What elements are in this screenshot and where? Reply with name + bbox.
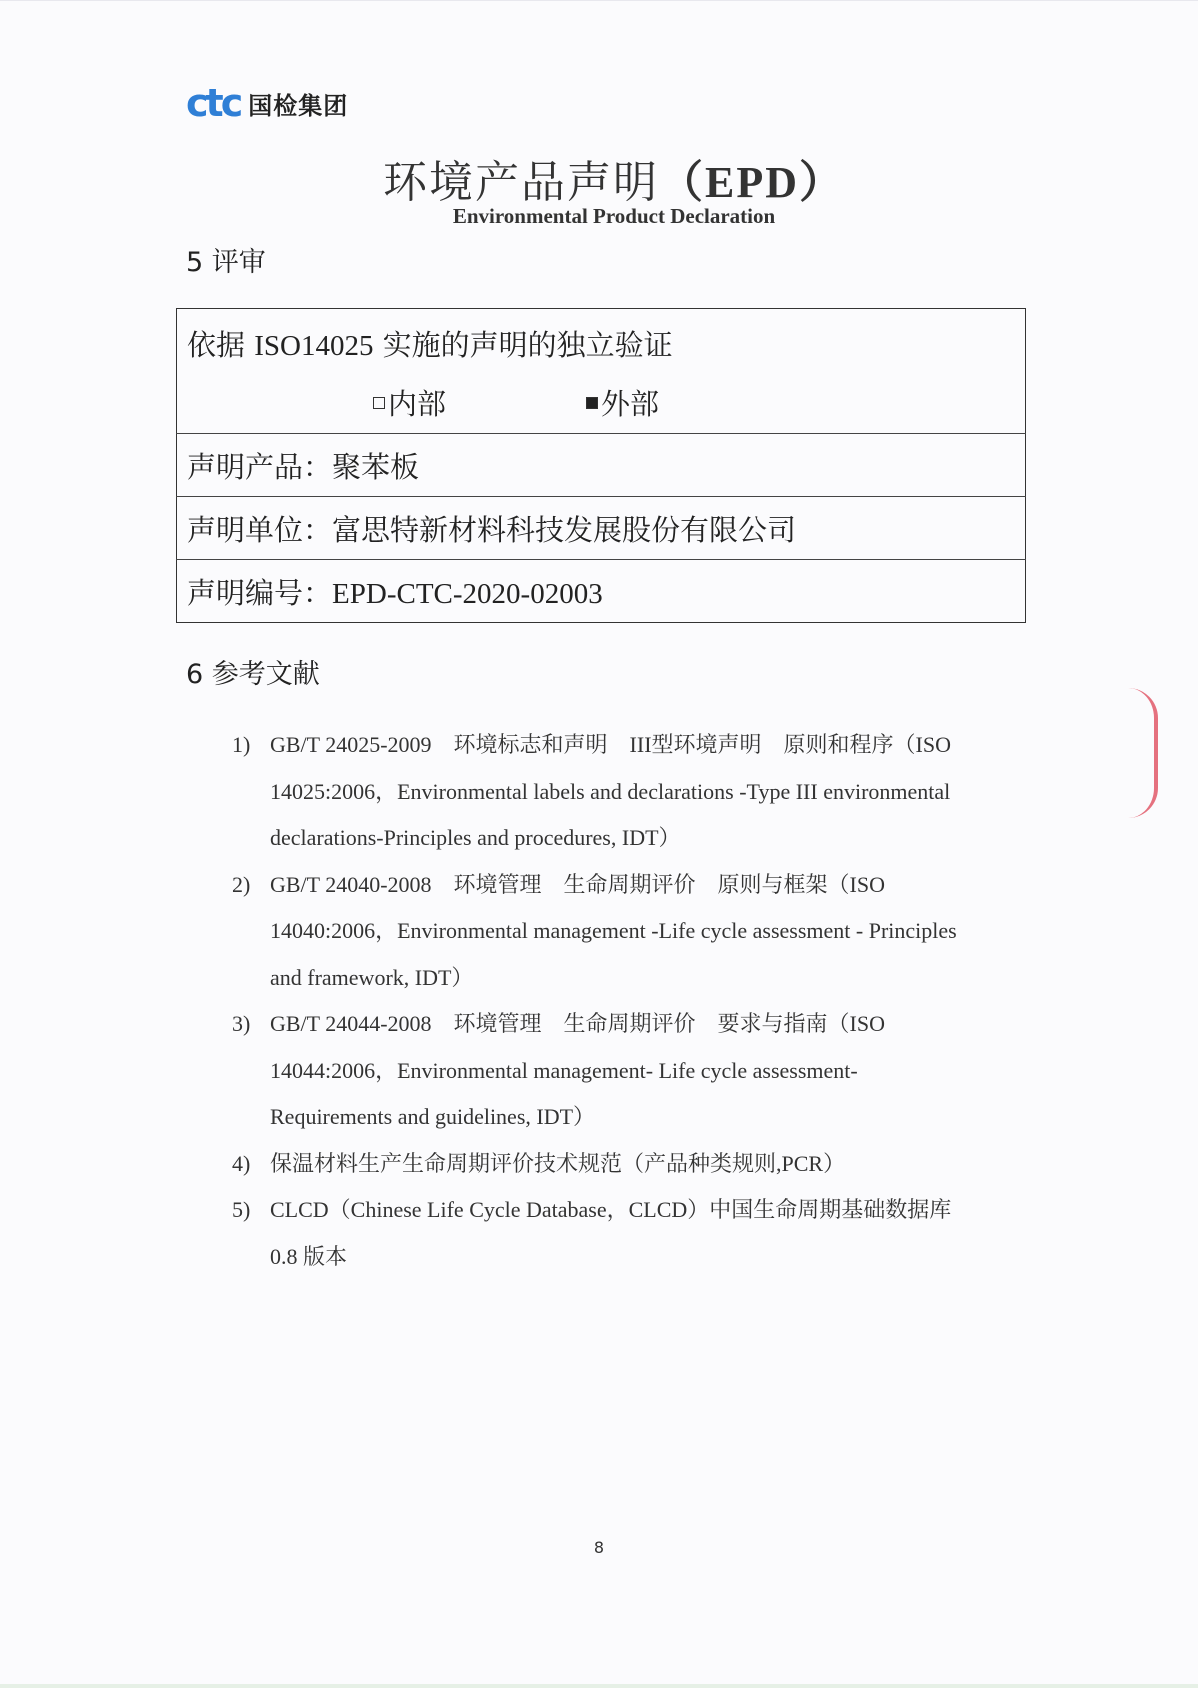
verification-standard: ISO14025 bbox=[254, 330, 373, 362]
reference-line: and framework, IDT） bbox=[270, 955, 1022, 1002]
section-6-heading: 6 参考文献 bbox=[186, 652, 320, 691]
row-declaring-company: 声明单位：富思特新材料科技发展股份有限公司 bbox=[177, 497, 1026, 560]
reference-list: 1) GB/T 24025-2009 环境标志和声明 III型环境声明 原则和程… bbox=[232, 722, 1022, 1280]
page-bottom-edge bbox=[0, 1684, 1198, 1688]
row-separator: ： bbox=[303, 513, 332, 547]
reference-item: 2) GB/T 24040-2008 环境管理 生命周期评价 原则与框架（ISO… bbox=[232, 862, 1022, 1002]
reference-item: 4) 保温材料生产生命周期评价技术规范（产品种类规则,PCR） bbox=[232, 1141, 1022, 1188]
verification-title-part1: 依据 bbox=[187, 328, 254, 362]
document-subtitle: Environmental Product Declaration bbox=[0, 204, 1198, 229]
reference-number: 5) bbox=[232, 1187, 270, 1280]
reference-line: declarations-Principles and procedures, … bbox=[270, 815, 1022, 862]
reference-line: GB/T 24025-2009 环境标志和声明 III型环境声明 原则和程序（I… bbox=[270, 722, 1022, 769]
page-top-edge bbox=[0, 0, 1198, 1]
option-external-label: 外部 bbox=[601, 382, 659, 423]
reference-item: 5) CLCD（Chinese Life Cycle Database，CLCD… bbox=[232, 1187, 1022, 1280]
row-separator: ： bbox=[303, 450, 332, 484]
option-internal-label: 内部 bbox=[388, 382, 446, 423]
row-label: 声明编号 bbox=[187, 576, 303, 610]
reference-text: GB/T 24044-2008 环境管理 生命周期评价 要求与指南（ISO 14… bbox=[270, 1001, 1022, 1141]
reference-text: 保温材料生产生命周期评价技术规范（产品种类规则,PCR） bbox=[270, 1141, 1022, 1188]
title-abbr: （EPD） bbox=[659, 158, 845, 207]
unchecked-box-icon[interactable] bbox=[373, 397, 385, 409]
reference-number: 4) bbox=[232, 1141, 270, 1188]
row-value: EPD-CTC-2020-02003 bbox=[332, 578, 603, 610]
section-5-heading: 5 评审 bbox=[186, 240, 266, 279]
document-title: 环境产品声明（EPD） bbox=[0, 146, 1198, 210]
reference-line: GB/T 24044-2008 环境管理 生命周期评价 要求与指南（ISO bbox=[270, 1001, 1022, 1048]
ctc-logo-icon: ctc bbox=[186, 84, 240, 122]
reference-line: CLCD（Chinese Life Cycle Database，CLCD）中国… bbox=[270, 1187, 1022, 1234]
verification-options: 内部 外部 bbox=[373, 382, 1015, 423]
checked-box-icon[interactable] bbox=[586, 397, 598, 409]
verification-title-part2: 实施的声明的独立验证 bbox=[373, 328, 672, 362]
reference-text: CLCD（Chinese Life Cycle Database，CLCD）中国… bbox=[270, 1187, 1022, 1280]
option-internal[interactable]: 内部 bbox=[373, 382, 446, 423]
ctc-logo: ctc 国检集团 bbox=[186, 84, 348, 122]
page-number: 8 bbox=[0, 1538, 1198, 1557]
logo-text: 国检集团 bbox=[248, 86, 348, 121]
title-cn: 环境产品声明 bbox=[383, 158, 659, 207]
row-separator: ： bbox=[303, 576, 332, 610]
row-declared-product: 声明产品：聚苯板 bbox=[177, 434, 1026, 497]
verification-cell: 依据 ISO14025 实施的声明的独立验证 内部 外部 bbox=[177, 309, 1026, 434]
row-declaration-number: 声明编号：EPD-CTC-2020-02003 bbox=[177, 560, 1026, 623]
reference-number: 1) bbox=[232, 722, 270, 862]
row-label: 声明产品 bbox=[187, 450, 303, 484]
reference-line: 14044:2006，Environmental management- Lif… bbox=[270, 1048, 1022, 1095]
reference-number: 3) bbox=[232, 1001, 270, 1141]
reference-line: 保温材料生产生命周期评价技术规范（产品种类规则,PCR） bbox=[270, 1141, 1022, 1188]
reference-text: GB/T 24040-2008 环境管理 生命周期评价 原则与框架（ISO 14… bbox=[270, 862, 1022, 1002]
reference-line: 0.8 版本 bbox=[270, 1234, 1022, 1281]
reference-item: 3) GB/T 24044-2008 环境管理 生命周期评价 要求与指南（ISO… bbox=[232, 1001, 1022, 1141]
row-label: 声明单位 bbox=[187, 513, 303, 547]
review-table: 依据 ISO14025 实施的声明的独立验证 内部 外部 声明产品：聚苯板 声明… bbox=[176, 308, 1026, 623]
reference-line: 14040:2006，Environmental management -Lif… bbox=[270, 908, 1022, 955]
verification-title: 依据 ISO14025 实施的声明的独立验证 bbox=[187, 323, 1015, 364]
option-external[interactable]: 外部 bbox=[586, 382, 659, 423]
reference-text: GB/T 24025-2009 环境标志和声明 III型环境声明 原则和程序（I… bbox=[270, 722, 1022, 862]
reference-item: 1) GB/T 24025-2009 环境标志和声明 III型环境声明 原则和程… bbox=[232, 722, 1022, 862]
row-value: 富思特新材料科技发展股份有限公司 bbox=[332, 513, 796, 547]
row-value: 聚苯板 bbox=[332, 450, 419, 484]
reference-line: Requirements and guidelines, IDT） bbox=[270, 1094, 1022, 1141]
reference-line: GB/T 24040-2008 环境管理 生命周期评价 原则与框架（ISO bbox=[270, 862, 1022, 909]
reference-number: 2) bbox=[232, 862, 270, 1002]
seal-stamp-edge bbox=[1128, 688, 1158, 818]
reference-line: 14025:2006，Environmental labels and decl… bbox=[270, 769, 1022, 816]
